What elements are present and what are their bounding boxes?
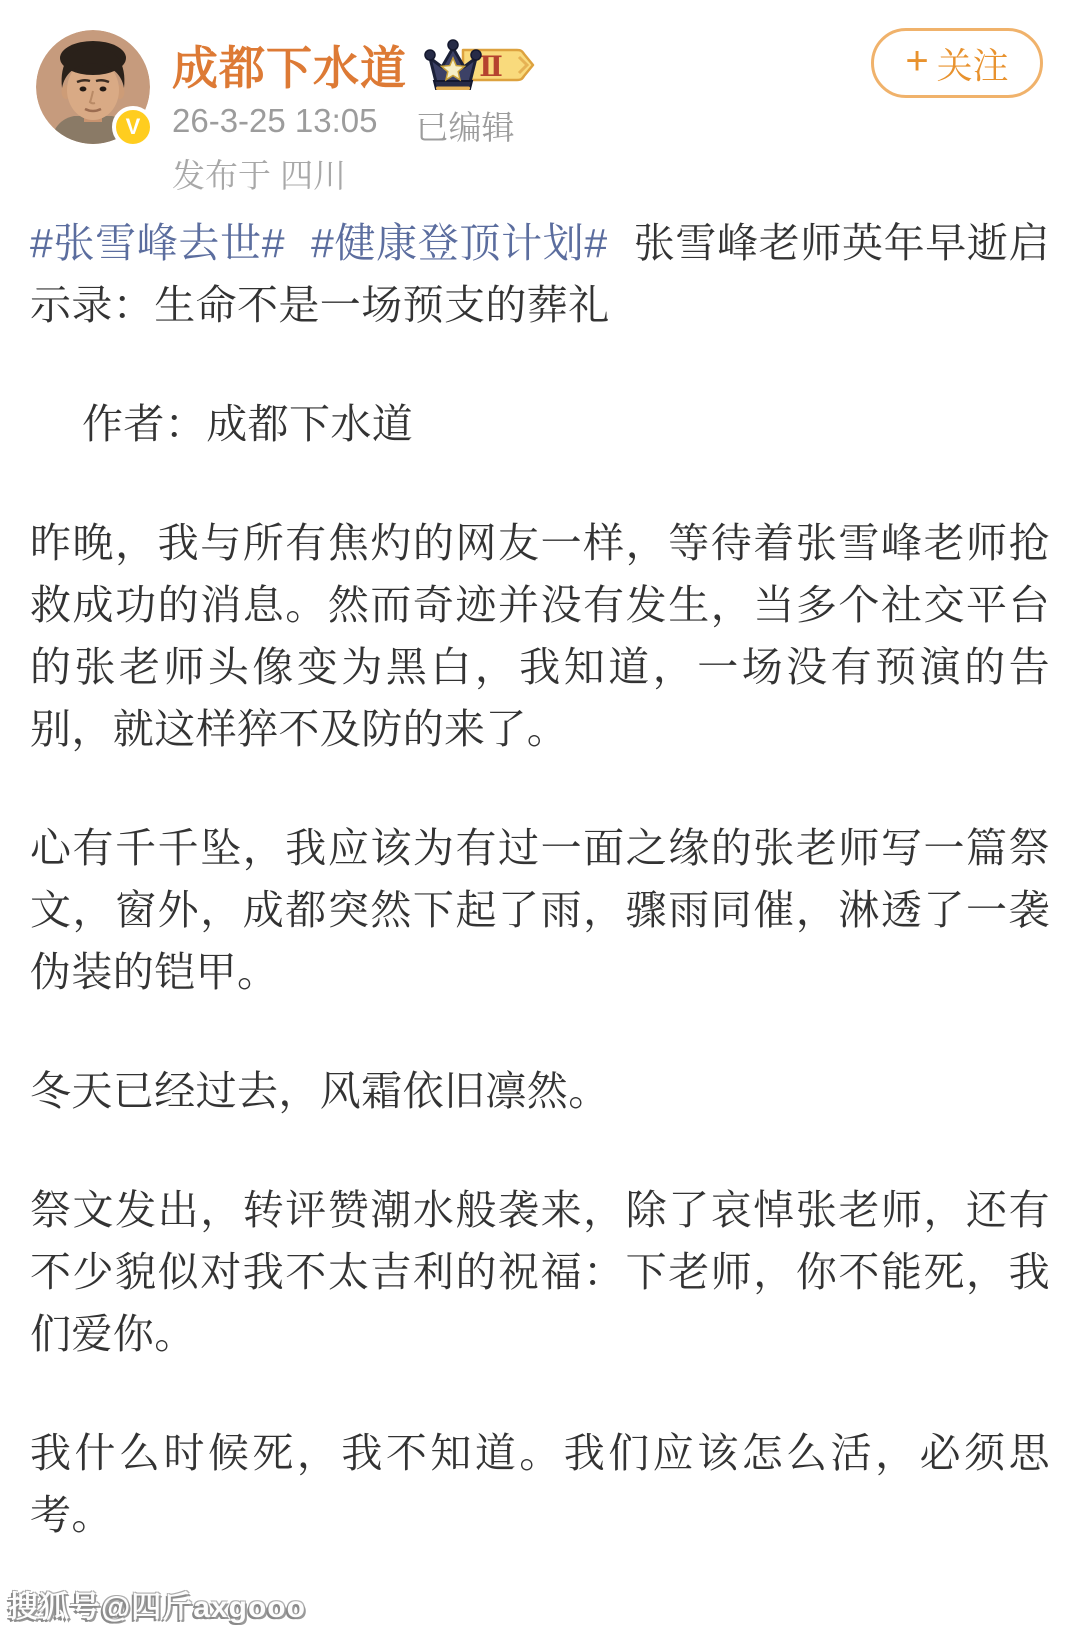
edited-label: 已编辑	[416, 102, 515, 149]
crown-icon	[425, 40, 481, 90]
post-content: #张雪峰去世# #健康登顶计划# 张雪峰老师英年早逝启示录：生命不是一场预支的葬…	[30, 212, 1050, 1603]
weibo-post-card: V 成都下水道 Ⅱ 26-3-25 13:05 已编辑 发布于 四川 + 关注	[0, 0, 1080, 1628]
vip-level-numeral: Ⅱ	[479, 52, 503, 83]
user-avatar[interactable]: V	[36, 30, 150, 144]
paragraph-4: 祭文发出，转评赞潮水般袭来，除了哀悼张老师，还有不少貌似对我不太吉利的祝福：下老…	[30, 1179, 1050, 1365]
plus-icon: +	[905, 41, 928, 81]
author-line: 作者：成都下水道	[30, 393, 1050, 455]
follow-button[interactable]: + 关注	[871, 28, 1043, 98]
post-timestamp: 26-3-25 13:05	[172, 102, 378, 149]
name-row: 成都下水道 Ⅱ	[172, 36, 539, 94]
paragraph-1: 昨晚，我与所有焦灼的网友一样，等待着张雪峰老师抢救成功的消息。然而奇迹并没有发生…	[30, 512, 1050, 760]
hashtag-link-1[interactable]: #张雪峰去世#	[30, 220, 285, 266]
post-title-paragraph: #张雪峰去世# #健康登顶计划# 张雪峰老师英年早逝启示录：生命不是一场预支的葬…	[30, 212, 1050, 336]
sohu-watermark: 搜狐号@四斤axgooo	[8, 1582, 306, 1626]
username[interactable]: 成都下水道	[172, 32, 407, 98]
hashtag-link-2[interactable]: #健康登顶计划#	[311, 220, 608, 266]
paragraph-3: 冬天已经过去，风霜依旧凛然。	[30, 1060, 1050, 1122]
vip-crown-level-badge[interactable]: Ⅱ	[421, 37, 539, 93]
verified-v-icon: V	[112, 106, 154, 148]
paragraph-2: 心有千千坠，我应该为有过一面之缘的张老师写一篇祭文，窗外，成都突然下起了雨，骤雨…	[30, 817, 1050, 1003]
follow-button-label: 关注	[937, 38, 1009, 89]
paragraph-5: 我什么时候死，我不知道。我们应该怎么活，必须思考。	[30, 1422, 1050, 1546]
post-location: 发布于 四川	[172, 150, 346, 197]
post-meta-row: 26-3-25 13:05 已编辑	[172, 102, 515, 149]
